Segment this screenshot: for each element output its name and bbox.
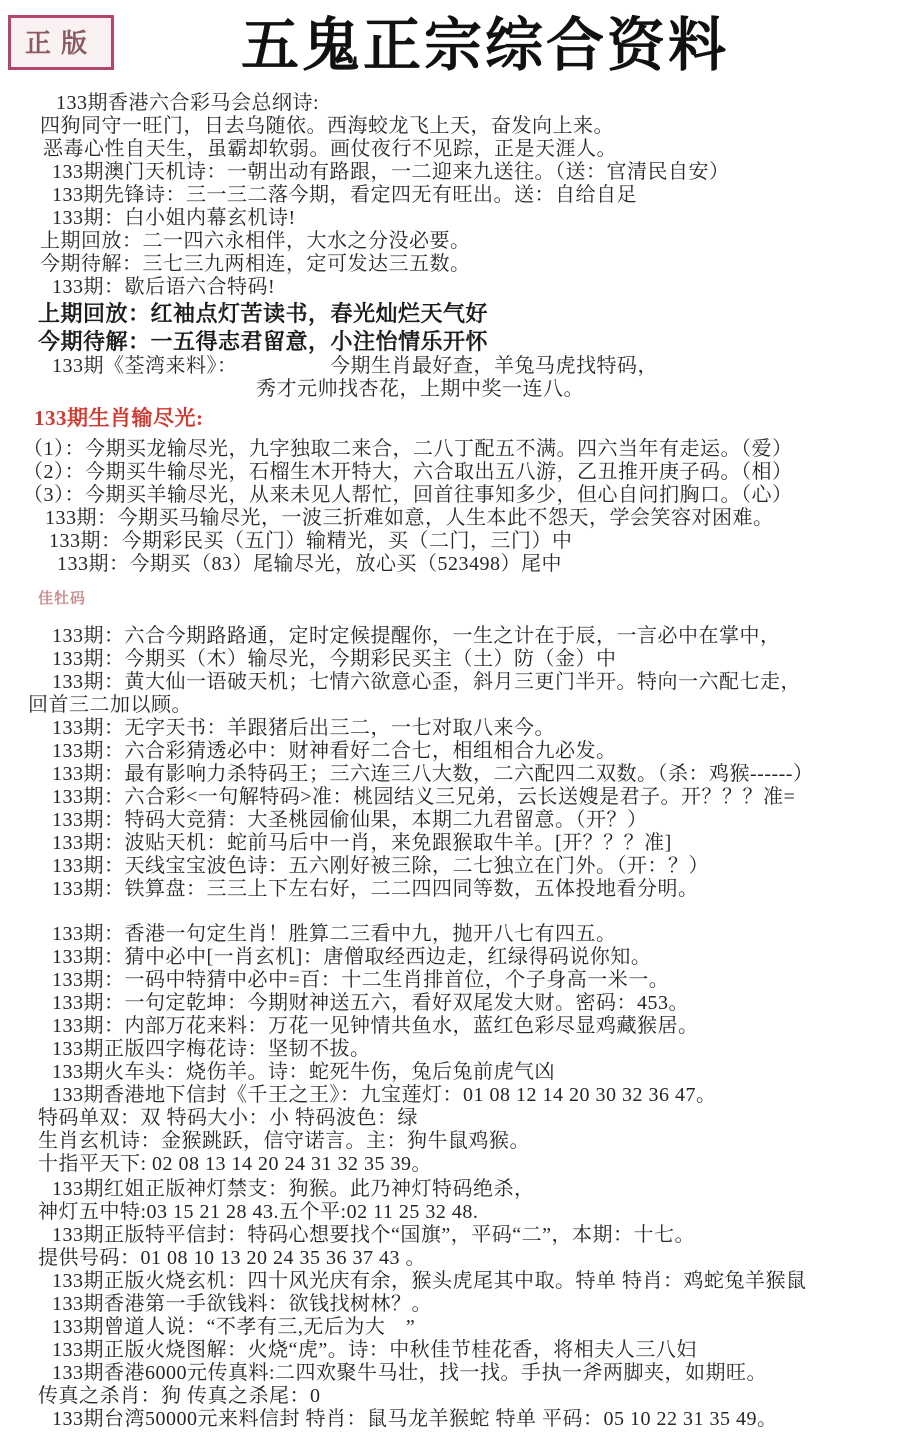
text-line: 133期：猜中必中[一肖玄机]：唐僧取经西边走，红绿得码说你知。: [0, 946, 900, 969]
text-line: 133期：无字天书：羊跟猪后出三二，一七对取八来今。: [0, 717, 900, 740]
text-line: 133期正版特平信封：特码心想要找个“国旗”，平码“二”，本期：十七。: [0, 1224, 900, 1247]
text-line: 今期待解：一五得志君留意，小注怡情乐开怀: [0, 329, 900, 355]
text-line: 133期：六合彩<一句解特码>准：桃园结义三兄弟，云长送嫂是君子。开？？？准=: [0, 786, 900, 809]
text-line: 生肖玄机诗：金猴跳跃，信守诺言。主：狗牛鼠鸡猴。: [0, 1130, 900, 1153]
text-line: 回首三二加以顾。: [0, 694, 900, 717]
text-line: 133期：今期买（83）尾输尽光，放心买（523498）尾中: [0, 553, 900, 576]
text-line: 133期生肖输尽光:: [0, 407, 900, 430]
text-line: 133期：黄大仙一语破天机；七情六欲意心歪，斜月三更门半开。特向一六配七走，: [0, 671, 900, 694]
text-line: 133期：天线宝宝波色诗：五六刚好被三除，二七独立在门外。（开：？）: [0, 855, 900, 878]
text-line: 十指平天下: 02 08 13 14 20 24 31 32 35 39。: [0, 1153, 900, 1176]
text-line: 133期正版四字梅花诗：坚韧不拔。: [0, 1038, 900, 1061]
text-line: （2）：今期买牛输尽光，石榴生木开特大，六合取出五八游，乙丑推开庚子码。（相）: [0, 461, 900, 484]
text-line: 133期：一句定乾坤：今期财神送五六，看好双尾发大财。密码：453。: [0, 992, 900, 1015]
text-line: 133期《荃湾来料》： 今期生肖最好查，羊兔马虎找特码，: [0, 355, 900, 378]
text-line: 133期香港6000元传真料:二四欢聚牛马壮，找一找。手执一斧两脚夹，如期旺。: [0, 1362, 900, 1385]
text-line: 四狗同守一旺门，日去乌随依。西海蛟龙飞上天，奋发向上来。: [0, 115, 900, 138]
text-line: 上期回放：二一四六永相伴，大水之分没必要。: [0, 230, 900, 253]
text-line: 133期：香港一句定生肖！胜算二三看中九，抛开八七有四五。: [0, 923, 900, 946]
document-page: 正版 五鬼正宗综合资料 133期香港六合彩马会总纲诗:四狗同守一旺门，日去乌随依…: [0, 8, 900, 1445]
text-line: 133期：一码中特猜中必中=百：十二生肖排首位，个子身高一米一。: [0, 969, 900, 992]
text-line: 133期曾道人说：“不孝有三,无后为大 ”: [0, 1316, 900, 1339]
text-line: 133期：白小姐内幕玄机诗!: [0, 207, 900, 230]
page-title: 五鬼正宗综合资料: [0, 8, 900, 84]
text-line: 133期香港六合彩马会总纲诗:: [0, 92, 900, 115]
text-line: 上期回放：红袖点灯苦读书，春光灿烂天气好: [0, 301, 900, 327]
text-line: 神灯五中特:03 15 21 28 43.五个平:02 11 25 32 48.: [0, 1201, 900, 1224]
text-line: （1）：今期买龙输尽光，九字独取二来合，二八丁配五不满。四六当年有走运。（爱）: [0, 438, 900, 461]
text-line: 提供号码：01 08 10 13 20 24 35 36 37 43 。: [0, 1247, 900, 1270]
text-line: 133期：今期买（木）输尽光，今期彩民买主（土）防（金）中: [0, 648, 900, 671]
text-line: 133期：波贴天机：蛇前马后中一肖，来免跟猴取牛羊。[开？？？准]: [0, 832, 900, 855]
text-line: 133期正版火烧图解：火烧“虎”。诗：中秋佳节桂花香，将相夫人三八妇: [0, 1339, 900, 1362]
text-line: 133期：今期买马输尽光，一波三折难如意，人生本此不怨天，学会笑容对困难。: [0, 507, 900, 530]
text-line: 133期正版火烧玄机：四十风光庆有余，猴头虎尾其中取。特单 特肖：鸡蛇兔羊猴鼠: [0, 1270, 900, 1293]
text-line: 133期：特码大竞猜：大圣桃园偷仙果，本期二九君留意。（开？）: [0, 809, 900, 832]
text-line: 恶毒心性自天生，虽霸却软弱。画仗夜行不见踪，正是天涯人。: [0, 138, 900, 161]
text-line: 传真之杀肖：狗 传真之杀尾：0: [0, 1385, 900, 1408]
text-line: 133期澳门天机诗：一朝出动有路跟，一二迎来九送往。（送：官清民自安）: [0, 161, 900, 184]
text-line: 133期：今期彩民买（五门）输精光，买（二门，三门）中: [0, 530, 900, 553]
text-line: 133期：铁算盘：三三上下左右好，二二四四同等数，五体投地看分明。: [0, 878, 900, 901]
text-line: 133期：歇后语六合特码!: [0, 276, 900, 299]
text-line: 133期香港地下信封《千王之王》：九宝莲灯：01 08 12 14 20 30 …: [0, 1084, 900, 1107]
text-line: 秀才元帅找杏花，上期中奖一连八。: [0, 378, 900, 401]
text-line: 133期红姐正版神灯禁支：狗猴。此乃神灯特码绝杀，: [0, 1178, 900, 1201]
text-line: 133期火车头：烧伤羊。诗：蛇死牛伤，兔后兔前虎气凶: [0, 1061, 900, 1084]
authenticity-badge: 正版: [8, 15, 114, 70]
text-line: 今期待解：三七三九两相连，定可发达三五数。: [0, 253, 900, 276]
content-lines: 133期香港六合彩马会总纲诗:四狗同守一旺门，日去乌随依。西海蛟龙飞上天，奋发向…: [0, 90, 900, 1431]
text-line: （3）：今期买羊输尽光，从来未见人帮忙，回首往事知多少，但心自问扪胸口。（心）: [0, 484, 900, 507]
text-line: 133期：六合今期路路通，定时定候提醒你，一生之计在于辰，一言必中在掌中，: [0, 625, 900, 648]
text-line: 133期先锋诗：三一三二落今期，看定四无有旺出。送：自给自足: [0, 184, 900, 207]
text-line: 特码单双：双 特码大小：小 特码波色：绿: [0, 1107, 900, 1130]
text-line: 133期：六合彩猜透必中：财神看好二合七，相组相合九必发。: [0, 740, 900, 763]
text-line: 133期：内部万花来料：万花一见钟情共鱼水，蓝红色彩尽显鸡藏猴居。: [0, 1015, 900, 1038]
text-line: 133期香港第一手欲钱料：欲钱找树林？。: [0, 1293, 900, 1316]
badge-label: 正版: [25, 29, 97, 58]
text-line: 佳牡码: [0, 588, 900, 611]
text-line: 133期台湾50000元来料信封 特肖：鼠马龙羊猴蛇 特单 平码：05 10 2…: [0, 1408, 900, 1431]
text-line: 133期：最有影响力杀特码王；三六连三八大数，二六配四二双数。（杀：鸡猴----…: [0, 763, 900, 786]
